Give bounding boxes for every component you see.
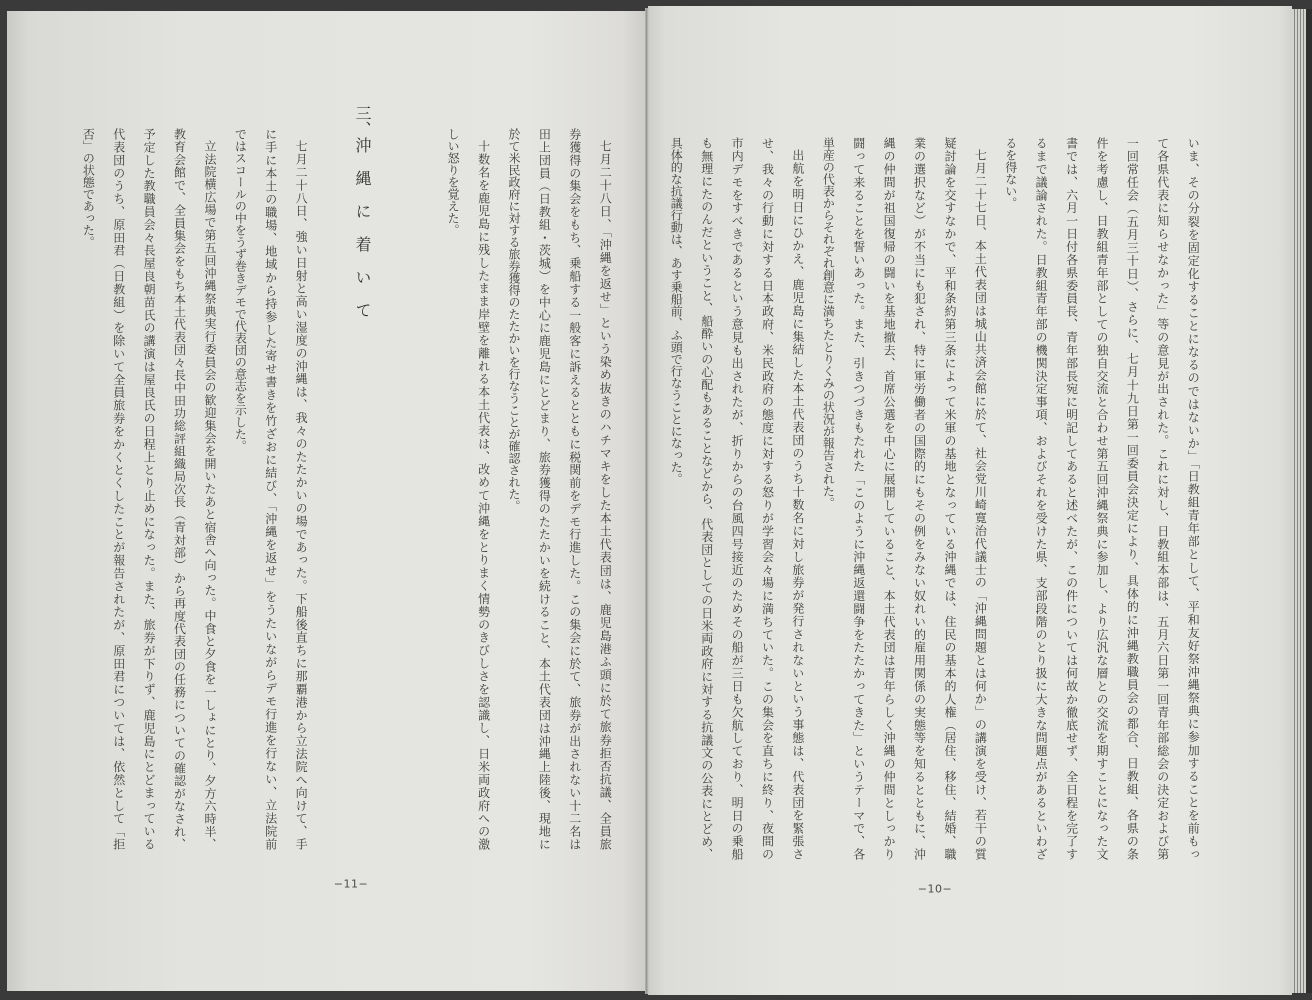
text-column: 縄の仲間が祖国復帰の闘いを基地撤去、首席公選を中心に展開していること、本土代表団…	[874, 137, 904, 860]
edge-shadow	[1306, 9, 1312, 993]
text-column: 具体的な抗議行動は、あす乗船前、ふ頭で行なうことになった。	[661, 137, 691, 860]
left-page-text: 七月二十八日、「沖縄を返せ」という染め抜きのハチマキをした本土代表団は、鹿児島港…	[73, 128, 620, 850]
paragraph: 七月二十八日、強い日射と高い湿度の沖縄は、我々のたたかいの場であった。下船後直ち…	[225, 128, 316, 850]
section-title: 沖縄に着いて	[353, 137, 372, 335]
stacked-page-edges	[1292, 9, 1306, 993]
page-number-right: −10−	[918, 883, 952, 896]
text-column: 券獲得の集会をもち、乗船する一般客に訴えるとともに税関前をデモ行進した。この集会…	[559, 128, 589, 850]
text-column: 七月二十七日、本土代表団は城山共済会館に於て、社会党川崎寛治代議士の「沖縄問題と…	[965, 137, 995, 860]
paragraph: 出航を明日にひかえ、鹿児島に集結した本土代表団のうち十数名に対し旅券が発行されな…	[661, 137, 813, 860]
paragraph: いま、その分裂を固定化することになるのではないか」「日教組青年部として、平和友好…	[995, 137, 1208, 860]
text-column: 教育会館で、全員集会をもち本土代表団々長中田功総評組織局次長（青対部）から再度代…	[164, 128, 194, 850]
paragraph: 立法院横広場で第五回沖縄祭典実行委員会の歓迎集会を開いたあと宿舎へ向った。中食と…	[73, 128, 225, 850]
right-page-text: いま、その分裂を固定化することになるのではないか」「日教組青年部として、平和友好…	[661, 137, 1208, 860]
text-column: いま、その分裂を固定化することになるのではないか」「日教組青年部として、平和友好…	[1178, 137, 1208, 860]
text-column: 予定した教職員会々長屋良朝苗氏の講演は屋良氏の日程上とり止めになった。また、旅券…	[134, 128, 164, 850]
text-column: ではスコールの中をうず巻きデモで代表団の意志を示した。	[225, 128, 255, 850]
text-column: て各県代表に知らせなかった」等の意見が出された。これに対し、日教組本部は、五月六…	[1147, 137, 1177, 860]
text-column: 立法院横広場で第五回沖縄祭典実行委員会の歓迎集会を開いたあと宿舎へ向った。中食と…	[195, 128, 225, 850]
text-column: るまで議論された。日教組青年部の機関決定事項、およびそれを受けた県、支部段階のと…	[1026, 137, 1056, 860]
text-column: 闘って来ることを誓いあった。また、引きつづきもたれた「このように沖縄返還闘争をた…	[843, 137, 873, 860]
text-column: しい怒りを覚えた。	[438, 128, 468, 850]
section-number: 三、	[353, 105, 372, 137]
text-column: 否」の状態であった。	[73, 128, 103, 850]
text-column: に手に本土の職場、地域から持参した寄せ書きを竹ざおに結び、「沖縄を返せ」をうたい…	[255, 128, 285, 850]
text-column: るを得ない。	[995, 137, 1025, 860]
text-column: 件を考慮し、日教組青年部としての独自交流と合わせ第五回沖縄祭典に参加し、より広汎…	[1087, 137, 1117, 860]
text-column: 単産の代表からそれぞれ創意に満ちたとりくみの状況が報告された。	[813, 137, 843, 860]
paragraph: 七月二十七日、本土代表団は城山共済会館に於て、社会党川崎寛治代議士の「沖縄問題と…	[813, 137, 995, 860]
text-column: 七月二十八日、「沖縄を返せ」という染め抜きのハチマキをした本土代表団は、鹿児島港…	[590, 128, 620, 850]
text-column: 疑討論を交すなかで、平和条約第三条によって米軍の基地となっている沖縄では、住民の…	[935, 137, 965, 860]
text-column: 一回常任会（五月三十日）、さらに、七月十九日第一回委員会決定により、具体的に沖縄…	[1117, 137, 1147, 860]
text-column: 田上団員（日教組・茨城）を中心に鹿児島にとどまり、旅券獲得のたたかいを続けること…	[529, 128, 559, 850]
text-column: 出航を明日にひかえ、鹿児島に集結した本土代表団のうち十数名に対し旅券が発行されな…	[783, 137, 813, 860]
paragraph: 十数名を鹿児島に残したまま岸壁を離れる本土代表は、改めて沖縄をとりまく情勢のきび…	[438, 128, 499, 850]
text-column: 市内デモをすべきであるという意見も出されたが、折りからの台風四号接近のためその船…	[722, 137, 752, 860]
text-column: 於て米民政府に対する旅券獲得のたたかいを行なうことが確認された。	[499, 128, 529, 850]
page-number-left: −11−	[334, 878, 368, 891]
text-column: 十数名を鹿児島に残したまま岸壁を離れる本土代表は、改めて沖縄をとりまく情勢のきび…	[468, 128, 498, 850]
center-fold	[645, 8, 649, 994]
section-heading: 三、沖縄に着いて	[347, 105, 377, 827]
paragraph: 七月二十八日、「沖縄を返せ」という染め抜きのハチマキをした本土代表団は、鹿児島港…	[499, 128, 621, 850]
text-column: 書では、六月一日付各県委員長、青年部長宛に明記してあると述べたが、この件について…	[1056, 137, 1086, 860]
text-column: 代表団のうち、原田君（日教組）を除いて全員旅券をかくとくしたことが報告されたが、…	[103, 128, 133, 850]
text-column: も無理にたのんだということ、船酔いの心配もあることなどから、代表団としての日米両…	[691, 137, 721, 860]
text-column: せ、我々の行動に対する日本政府、米民政府の態度に対する怒りが学習会々場に満ちてい…	[752, 137, 782, 860]
text-column: 七月二十八日、強い日射と高い湿度の沖縄は、我々のたたかいの場であった。下船後直ち…	[286, 128, 316, 850]
text-column: 業の選択など）が不当にも犯され、特に軍労働者の国際的にもその例をみない奴れい的雇…	[904, 137, 934, 860]
